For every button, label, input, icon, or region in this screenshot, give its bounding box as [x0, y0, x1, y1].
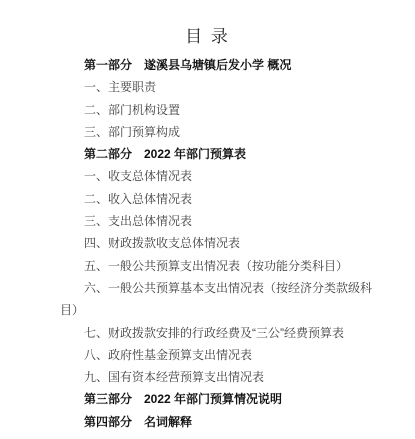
toc-item: 五、一般公共预算支出情况表（按功能分类科目）	[60, 255, 379, 277]
toc-item: 八、政府性基金预算支出情况表	[60, 344, 379, 366]
toc-item: 六、一般公共预算基本支出情况表（按经济分类款级科目）	[60, 277, 379, 322]
toc-section-heading: 第二部分 2022 年部门预算表	[60, 143, 379, 165]
toc-item: 四、财政拨款收支总体情况表	[60, 232, 379, 254]
toc-item: 三、部门预算构成	[60, 121, 379, 143]
toc-section-heading: 第一部分 遂溪县乌塘镇后发小学 概况	[60, 54, 379, 76]
toc-item: 一、收支总体情况表	[60, 165, 379, 187]
toc-item: 九、国有资本经营预算支出情况表	[60, 366, 379, 388]
toc-item: 三、支出总体情况表	[60, 210, 379, 232]
toc-item: 七、财政拨款安排的行政经费及“三公”经费预算表	[60, 322, 379, 344]
toc-list: 第一部分 遂溪县乌塘镇后发小学 概况一、主要职责二、部门机构设置三、部门预算构成…	[0, 54, 415, 433]
toc-section-heading: 第四部分 名词解释	[60, 411, 379, 433]
toc-item: 二、部门机构设置	[60, 99, 379, 121]
toc-item: 二、收入总体情况表	[60, 188, 379, 210]
toc-title: 目 录	[0, 24, 415, 50]
toc-section-heading: 第三部分 2022 年部门预算情况说明	[60, 388, 379, 410]
toc-item: 一、主要职责	[60, 76, 379, 98]
document-page: 目 录 第一部分 遂溪县乌塘镇后发小学 概况一、主要职责二、部门机构设置三、部门…	[0, 0, 415, 439]
